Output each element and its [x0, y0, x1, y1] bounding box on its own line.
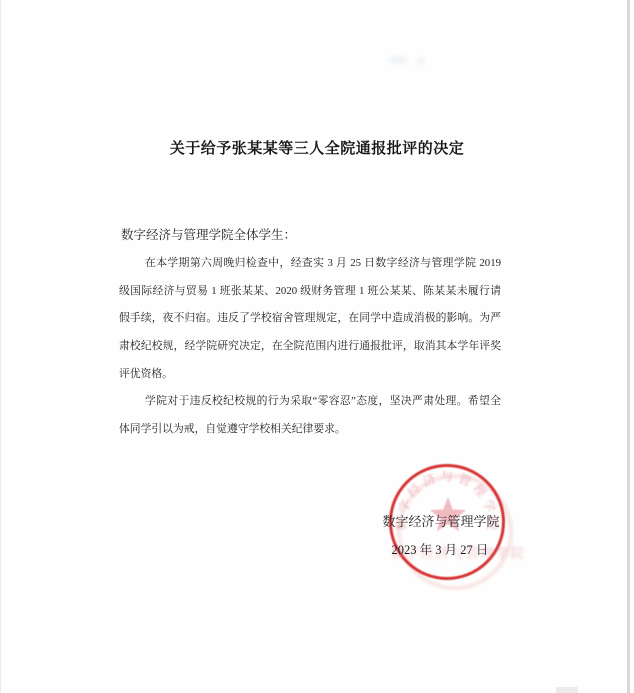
page-left-edge: [0, 0, 1, 693]
body-line: 级国际经济与贸易 1 班张某某、2020 级财务管理 1 班公某某、陈某某未履行…: [119, 278, 501, 306]
scan-smudge: [388, 56, 408, 64]
document-body: 在本学期第六周晚归检查中，经查实 3 月 25 日数字经济与管理学院 2019 …: [119, 250, 501, 444]
document-title: 关于给予张某某等三人全院通报批评的决定: [0, 137, 634, 158]
scan-smudge: [416, 57, 425, 66]
body-line: 学院对于违反校纪校规的行为采取“零容忍”态度，坚决严肃处理。希望全: [119, 388, 501, 416]
body-line: 肃校纪校规，经学院研究决定，在全院范围内进行通报批评，取消其本学年评奖: [119, 333, 501, 361]
signature-date: 2023 年 3 月 27 日: [340, 540, 540, 558]
document-page: 关于给予张某某等三人全院通报批评的决定 数字经济与管理学院全体学生： 在本学期第…: [0, 0, 634, 693]
page-right-edge: [627, 0, 630, 693]
official-seal-icon: 数字经济与管理学院: [380, 455, 530, 605]
body-line: 在本学期第六周晚归检查中，经查实 3 月 25 日数字经济与管理学院 2019: [119, 250, 501, 278]
salutation: 数字经济与管理学院全体学生：: [121, 225, 296, 243]
scan-corner-artifact: [556, 687, 578, 693]
body-line: 假手续，夜不归宿。违反了学校宿舍管理规定，在同学中造成消极的影响。为严: [119, 305, 501, 333]
signature-org: 数字经济与管理学院: [341, 511, 541, 530]
body-line: 体同学引以为戒，自觉遵守学校相关纪律要求。: [119, 416, 501, 444]
body-line: 评优资格。: [119, 361, 501, 389]
